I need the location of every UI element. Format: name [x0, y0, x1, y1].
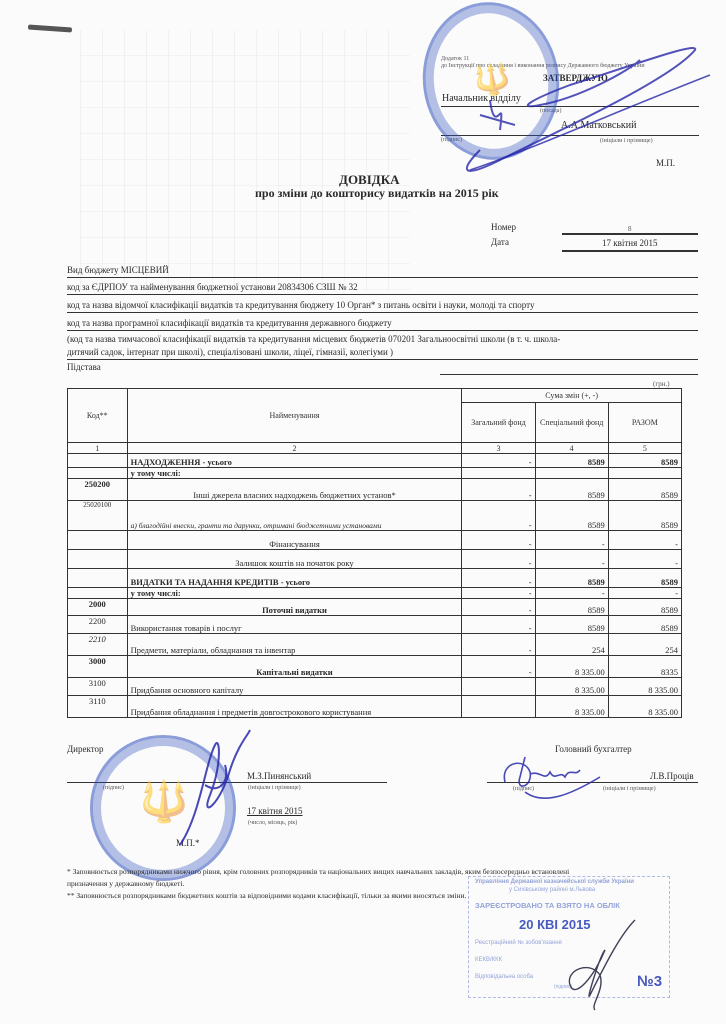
cell-general: - [462, 634, 535, 656]
bleed-through-grid [80, 30, 410, 290]
date-label: Дата [491, 237, 509, 247]
stamp-line2: у Сихівському районі м.Львова [509, 887, 595, 893]
stamp-reg-label: Реєстраційний № зобов'язання [475, 940, 562, 946]
cell-total: 254 [608, 634, 681, 656]
document-subtitle: про зміни до кошторису видатків на 2015 … [255, 186, 499, 201]
cell-name: Інші джерела власних надходжень бюджетни… [127, 479, 462, 501]
accountant-signature [495, 752, 605, 812]
edrpou-line: код за ЄДРПОУ та найменування бюджетної … [67, 282, 358, 292]
cell-general: - [462, 479, 535, 501]
cell-general: - [462, 454, 535, 468]
number-line [562, 233, 698, 235]
cell-special: - [535, 550, 608, 569]
cell-special: - [535, 531, 608, 550]
column-number-row: 1 2 3 4 5 [68, 443, 682, 454]
date-line [562, 250, 698, 252]
divider [67, 312, 698, 313]
director-label: Директор [67, 744, 104, 754]
staple-mark [28, 24, 72, 32]
table-row: 2210Предмети, матеріали, обладнання та і… [68, 634, 682, 656]
cell-name: НАДХОДЖЕННЯ - усього [127, 454, 462, 468]
header-general-fund: Загальний фонд [462, 403, 535, 443]
cell-name: Предмети, матеріали, обладнання та інвен… [127, 634, 462, 656]
stamp-kekv-label: КЕКВ/ККК [475, 957, 502, 963]
number-value: 8 [628, 225, 632, 233]
table-row: 3100Придбання основного капіталу8 335.00… [68, 678, 682, 696]
cell-special: 8589 [535, 454, 608, 468]
cell-name: Придбання основного капіталу [127, 678, 462, 696]
cell-total: 8589 [608, 616, 681, 634]
currency-label: (грн.) [653, 380, 670, 388]
divider [67, 277, 698, 278]
table-row: 25020100а) благодійні внески, гранти та … [68, 501, 682, 531]
cell-code [68, 588, 128, 599]
table-row: у тому числі:--- [68, 588, 682, 599]
header-total: РАЗОМ [608, 403, 681, 443]
cell-total: 8 335.00 [608, 696, 681, 718]
header-special-fund: Спеціальний фонд [535, 403, 608, 443]
divider [67, 294, 698, 295]
cell-total: - [608, 550, 681, 569]
cell-total: 8589 [608, 501, 681, 531]
col-number: 4 [535, 443, 608, 454]
table-row: 3000Капітальні видатки-8 335.008335 [68, 656, 682, 678]
table-row: Залишок коштів на початок року--- [68, 550, 682, 569]
footnote-1-line2: призначення у державному бюджеті. [67, 879, 184, 888]
cell-special: 8589 [535, 501, 608, 531]
stamp-number: №3 [637, 973, 662, 990]
cell-special: 8 335.00 [535, 656, 608, 678]
accountant-name-caption: (ініціали і прізвище) [603, 786, 656, 792]
cell-general: - [462, 501, 535, 531]
table-row: НАДХОДЖЕННЯ - усього-85898589 [68, 454, 682, 468]
header-sum-changes: Сума змін (+, -) [462, 389, 682, 403]
cell-total: - [608, 588, 681, 599]
number-label: Номер [491, 222, 516, 232]
approver-signature [420, 30, 720, 180]
table-row: 250200Інші джерела власних надходжень бю… [68, 479, 682, 501]
cell-code [68, 550, 128, 569]
table-row: Фінансування--- [68, 531, 682, 550]
stamp-title: ЗАРЕЄСТРОВАНО ТА ВЗЯТО НА ОБЛІК [475, 901, 620, 910]
cell-code [68, 468, 128, 479]
cell-code [68, 569, 128, 588]
cell-special: - [535, 588, 608, 599]
cell-general [462, 678, 535, 696]
cell-special: 8589 [535, 599, 608, 616]
cell-general: - [462, 531, 535, 550]
cell-special: 254 [535, 634, 608, 656]
table-row: ВИДАТКИ ТА НАДАННЯ КРЕДИТІВ - усього-858… [68, 569, 682, 588]
cell-name: Залишок коштів на початок року [127, 550, 462, 569]
cell-name: Капітальні видатки [127, 656, 462, 678]
divider [67, 359, 698, 360]
cell-general [462, 468, 535, 479]
col-number: 3 [462, 443, 535, 454]
cell-name: ВИДАТКИ ТА НАДАННЯ КРЕДИТІВ - усього [127, 569, 462, 588]
cell-code: 2210 [68, 634, 128, 656]
department-classification: код та назва відомчої класифікації видат… [67, 300, 534, 310]
cell-name: Поточні видатки [127, 599, 462, 616]
cell-code [68, 454, 128, 468]
col-number: 5 [608, 443, 681, 454]
cell-code [68, 531, 128, 550]
cell-special: 8589 [535, 479, 608, 501]
accountant-name: Л.В.Проців [650, 771, 694, 781]
table-row: 2200Використання товарів і послуг-858985… [68, 616, 682, 634]
cell-code: 3110 [68, 696, 128, 718]
footnote-1-line1: * Заповнюється розпорядниками нижчого рі… [67, 867, 569, 876]
header-name: Найменування [127, 389, 462, 443]
cell-general: - [462, 656, 535, 678]
table-row: 2000Поточні видатки-85898589 [68, 599, 682, 616]
stamp-official-label: Відповідальна особа [475, 974, 533, 980]
cell-code: 2000 [68, 599, 128, 616]
cell-total: 8335 [608, 656, 681, 678]
program-classification: код та назва програмної класифікації вид… [67, 318, 392, 328]
cell-code: 25020100 [68, 501, 128, 531]
cell-special [535, 468, 608, 479]
col-number: 2 [127, 443, 462, 454]
cell-name: у тому числі: [127, 588, 462, 599]
cell-total: 8 335.00 [608, 678, 681, 696]
cell-code: 3000 [68, 656, 128, 678]
cell-name: у тому числі: [127, 468, 462, 479]
cell-code: 3100 [68, 678, 128, 696]
cell-special: 8589 [535, 616, 608, 634]
cell-code: 2200 [68, 616, 128, 634]
cell-special: 8589 [535, 569, 608, 588]
cell-name: Придбання обладнання і предметів довгост… [127, 696, 462, 718]
date-value: 17 квітня 2015 [602, 238, 658, 248]
budget-type: Вид бюджету МІСЦЕВИЙ [67, 265, 169, 275]
cell-total: - [608, 531, 681, 550]
cell-total [608, 468, 681, 479]
treasury-signature [560, 915, 640, 1015]
cell-code: 250200 [68, 479, 128, 501]
temporary-classification-line1: (код та назва тимчасової класифікації ви… [67, 334, 560, 344]
cell-general: - [462, 588, 535, 599]
cell-general: - [462, 616, 535, 634]
stamp-line1: Управління Державної казначейської служб… [475, 879, 634, 885]
temporary-classification-line2: дитячий садок, інтернат при школі), спец… [67, 347, 393, 357]
basis-line [440, 374, 698, 375]
table-row: у тому числі: [68, 468, 682, 479]
director-signature [160, 725, 260, 855]
cell-total: 8589 [608, 479, 681, 501]
basis-label: Підстава [67, 362, 101, 372]
cell-name: Фінансування [127, 531, 462, 550]
cell-general [462, 696, 535, 718]
cell-total: 8589 [608, 569, 681, 588]
header-code: Код** [68, 389, 128, 443]
cell-general: - [462, 569, 535, 588]
cell-special: 8 335.00 [535, 696, 608, 718]
cell-general: - [462, 599, 535, 616]
table-row: 3110Придбання обладнання і предметів дов… [68, 696, 682, 718]
cell-special: 8 335.00 [535, 678, 608, 696]
divider [67, 330, 698, 331]
changes-table: Код** Найменування Сума змін (+, -) Зага… [67, 388, 682, 718]
footnote-2: ** Заповнюється розпорядниками бюджетних… [67, 891, 466, 900]
cell-total: 8589 [608, 454, 681, 468]
cell-general: - [462, 550, 535, 569]
cell-name: Використання товарів і послуг [127, 616, 462, 634]
cell-total: 8589 [608, 599, 681, 616]
cell-name: а) благодійні внески, гранти та дарунки,… [127, 501, 462, 531]
col-number: 1 [68, 443, 128, 454]
